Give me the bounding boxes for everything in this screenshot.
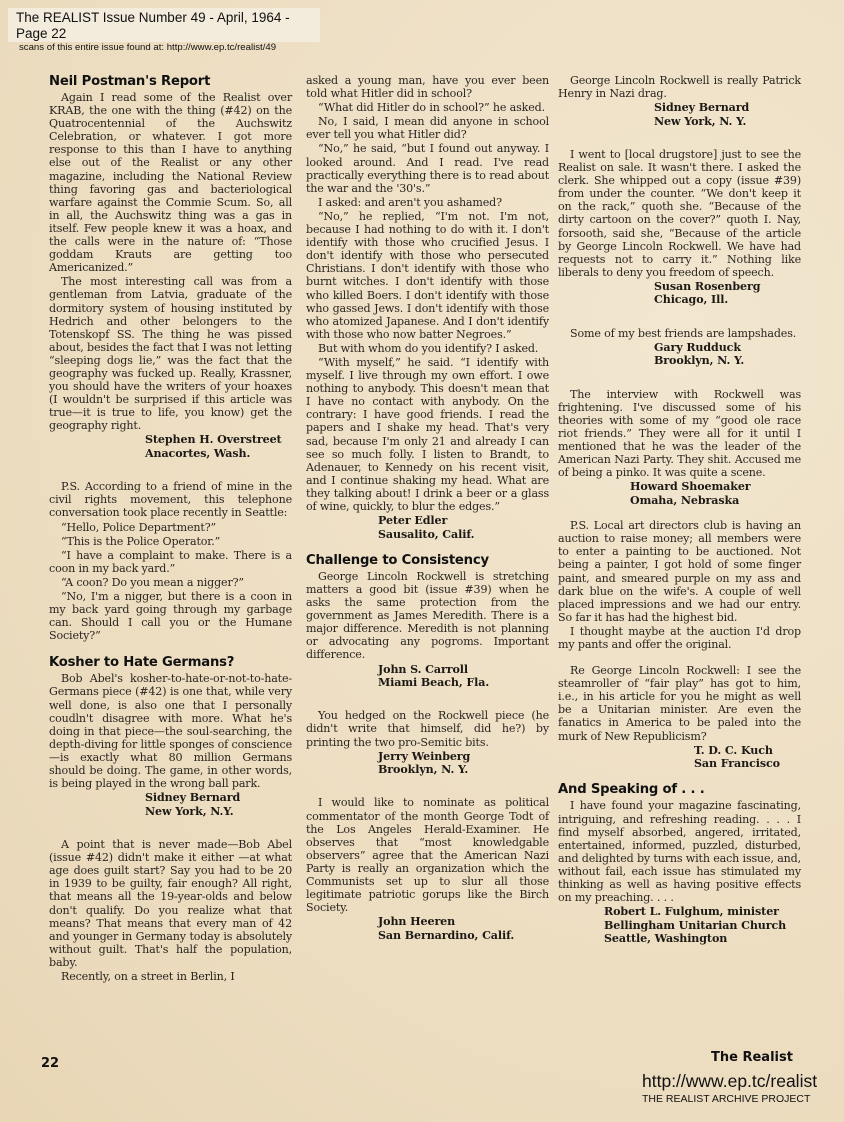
signature-place: New York, N.Y. <box>145 805 292 818</box>
signature-place: Sausalito, Calif. <box>378 528 549 541</box>
signature-place: New York, N. Y. <box>654 115 801 128</box>
letter-paragraph: I asked: and aren't you ashamed? <box>306 196 549 209</box>
signature-place: Anacortes, Wash. <box>145 447 292 460</box>
signature-name: Susan Rosenberg <box>654 280 801 293</box>
signature-place: Chicago, Ill. <box>654 293 801 306</box>
dialogue-line: “No, I'm a nigger, but there is a coon i… <box>49 590 292 642</box>
letter-paragraph: A point that is never made—Bob Abel (iss… <box>49 838 292 969</box>
letter-paragraph: Re George Lincoln Rockwell: I see the st… <box>558 664 801 743</box>
signature-line: Robert L. Fulghum, minister <box>604 905 801 918</box>
heading-and-speaking-of: And Speaking of . . . <box>558 782 801 798</box>
signature-name: Sidney Bernard <box>145 791 292 804</box>
signature-name: Jerry Weinberg <box>378 750 549 763</box>
dialogue-line: “A coon? Do you mean a nigger?” <box>49 576 292 589</box>
dialogue-line: “Hello, Police Department?” <box>49 521 292 534</box>
letter-paragraph: George Lincoln Rockwell is stretching ma… <box>306 570 549 662</box>
letter-paragraph: But with whom do you identify? I asked. <box>306 342 549 355</box>
signature-name: John S. Carroll <box>378 663 549 676</box>
signature-place: Brooklyn, N. Y. <box>378 763 549 776</box>
letter-paragraph: I would like to nominate as political co… <box>306 796 549 914</box>
letter-paragraph: Recently, on a street in Berlin, I <box>49 970 292 983</box>
dialogue-line: “This is the Police Operator.” <box>49 535 292 548</box>
signature-name: Stephen H. Overstreet <box>145 433 292 446</box>
letter-paragraph: Bob Abel's kosher-to-hate-or-not-to-hate… <box>49 672 292 790</box>
dialogue-line: “I have a complaint to make. There is a … <box>49 549 292 575</box>
letter-paragraph: The most interesting call was from a gen… <box>49 275 292 432</box>
column-2: asked a young man, have you ever been to… <box>306 74 549 942</box>
archive-url: http://www.ep.tc/realist <box>642 1071 817 1092</box>
signature-line: Bellingham Unitarian Church <box>604 919 801 932</box>
signature-line: Seattle, Washington <box>604 932 801 945</box>
letter-paragraph: P.S. According to a friend of mine in th… <box>49 480 292 519</box>
letter-paragraph: P.S. Local art directors club is having … <box>558 519 801 624</box>
heading-kosher-to-hate: Kosher to Hate Germans? <box>49 655 292 671</box>
letter-paragraph: “What did Hitler do in school?” he asked… <box>306 101 549 114</box>
signature-place: Omaha, Nebraska <box>630 494 801 507</box>
heading-challenge-consistency: Challenge to Consistency <box>306 553 549 569</box>
signature-name: Peter Edler <box>378 514 549 527</box>
letter-paragraph: Again I read some of the Realist over KR… <box>49 91 292 274</box>
letter-paragraph: “No,” he said, “but I found out anyway. … <box>306 142 549 194</box>
letter-paragraph: Some of my best friends are lampshades. <box>558 327 801 340</box>
letter-paragraph: You hedged on the Rockwell piece (he did… <box>306 709 549 748</box>
letter-paragraph: I went to [local drugstore] just to see … <box>558 148 801 279</box>
signature-name: Sidney Bernard <box>654 101 801 114</box>
letter-paragraph: The interview with Rockwell was frighten… <box>558 388 801 480</box>
letter-paragraph: asked a young man, have you ever been to… <box>306 74 549 100</box>
banner-title: The REALIST Issue Number 49 - April, 196… <box>16 10 320 42</box>
letter-paragraph: “With myself,” he said. “I identify with… <box>306 356 549 513</box>
signature-name: John Heeren <box>378 915 549 928</box>
signature-place: San Bernardino, Calif. <box>378 929 549 942</box>
letter-paragraph: I thought maybe at the auction I'd drop … <box>558 625 801 651</box>
archive-banner: The REALIST Issue Number 49 - April, 196… <box>8 8 320 42</box>
column-3: George Lincoln Rockwell is really Patric… <box>558 74 801 945</box>
letter-paragraph: George Lincoln Rockwell is really Patric… <box>558 74 801 100</box>
signature-place: San Francisco <box>694 757 801 770</box>
letter-paragraph: “No,” he replied, “I'm not. I'm not, bec… <box>306 210 549 341</box>
page-number: 22 <box>41 1056 59 1071</box>
column-1: Neil Postman's Report Again I read some … <box>49 74 292 984</box>
signature-name: T. D. C. Kuch <box>694 744 801 757</box>
signature-name: Howard Shoemaker <box>630 480 801 493</box>
signature-name: Gary Rudduck <box>654 341 801 354</box>
archive-project-label: THE REALIST ARCHIVE PROJECT <box>642 1093 810 1105</box>
banner-subtitle: scans of this entire issue found at: htt… <box>16 42 320 54</box>
letter-paragraph: I have found your magazine fascinating, … <box>558 799 801 904</box>
masthead-the-realist: The Realist <box>711 1050 793 1065</box>
letter-paragraph: No, I said, I mean did anyone in school … <box>306 115 549 141</box>
heading-postman-report: Neil Postman's Report <box>49 74 292 90</box>
signature-place: Miami Beach, Fla. <box>378 676 549 689</box>
signature-place: Brooklyn, N. Y. <box>654 354 801 367</box>
